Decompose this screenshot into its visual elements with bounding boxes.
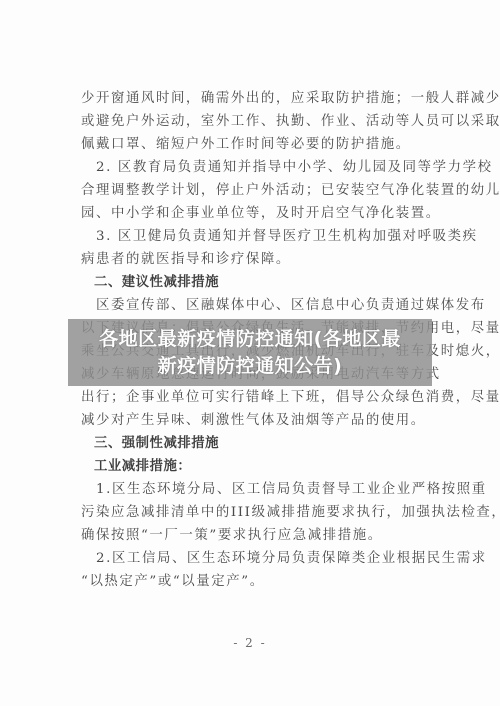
section-heading: 二、建议性减排措施 [94, 272, 454, 294]
title-overlay-banner: 各地区最新疫情防控通知(各地区最 新疫情防控通知公告) [68, 319, 432, 386]
text-line: 减少对产生异味、刺激性气体及油烟等产品的使用。 [81, 410, 441, 432]
text-line: 3. 区卫健局负责通知并督导医疗卫生机构加强对呼吸类疾 [96, 226, 456, 248]
text-line: 佩戴口罩、缩短户外工作时间等必要的防护措施。 [81, 134, 441, 156]
text-line: 1.区生态环境分局、区工信局负责督导工业企业严格按照重 [96, 479, 456, 501]
text-line: 少开窗通风时间，确需外出的，应采取防护措施；一般人群减少 [81, 88, 441, 110]
text-line: 出行；企事业单位可实行错峰上下班，倡导公众绿色消费，尽量 [81, 387, 441, 409]
text-line: 区委宣传部、区融媒体中心、区信息中心负责通过媒体发布 [96, 295, 456, 317]
text-line: 或避免户外运动，室外工作、执勤、作业、活动等人员可以采取 [81, 111, 441, 133]
text-line: 污染应急减排清单中的III级减排措施要求执行，加强执法检查， [81, 502, 441, 524]
subsection-heading: 工业减排措施： [94, 456, 454, 478]
text-line: 2.区工信局、区生态环境分局负责保障类企业根据民生需求 [96, 548, 456, 570]
text-line: 园、中小学和企事业单位等，及时开启空气净化装置。 [81, 203, 441, 225]
text-line: 病患者的就医指导和诊疗保障。 [81, 249, 441, 271]
text-line: 2. 区教育局负责通知并指导中小学、幼儿园及同等学力学校 [96, 157, 456, 179]
text-line: “以热定产”或“以量定产”。 [81, 571, 441, 593]
text-line: 合理调整教学计划，停止户外活动；已安装空气净化装置的幼儿 [81, 180, 441, 202]
section-heading: 三、强制性减排措施 [94, 433, 454, 455]
overlay-title-line-2: 新疫情防控通知公告) [158, 353, 343, 380]
page-number: - 2 - [0, 636, 500, 650]
overlay-title-line-1: 各地区最新疫情防控通知(各地区最 [99, 326, 401, 353]
text-line: 确保按照“一厂一策”要求执行应急减排措施。 [81, 525, 441, 547]
